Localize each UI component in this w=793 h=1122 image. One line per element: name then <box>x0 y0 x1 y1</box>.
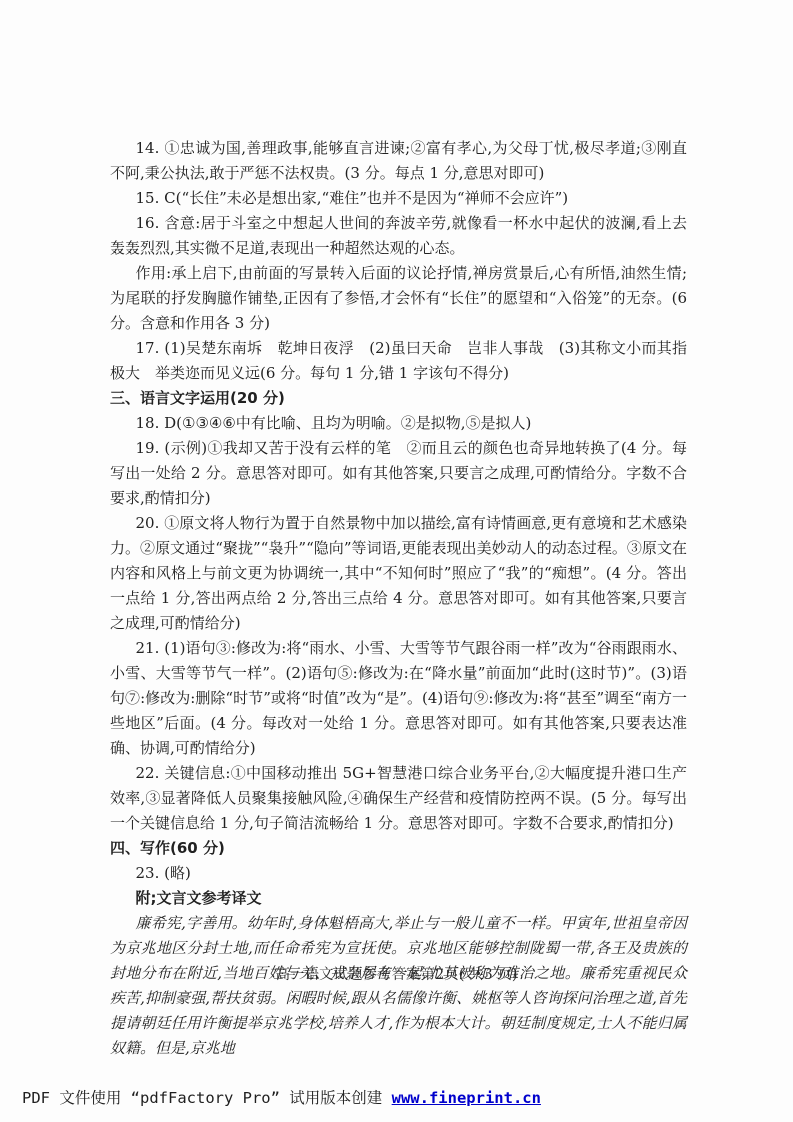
watermark-link[interactable]: www.fineprint.cn <box>392 1089 541 1107</box>
answer-23: 23. (略) <box>110 861 687 886</box>
section-heading-part-four: 四、写作(60 分) <box>110 836 687 861</box>
section-heading-part-three: 三、语言文字运用(20 分) <box>110 386 687 411</box>
answer-16-meaning: 16. 含意:居于斗室之中想起人世间的奔波辛劳,就像看一杯水中起伏的波澜,看上去… <box>110 211 687 261</box>
answer-22: 22. 关键信息:①中国移动推出 5G+智慧港口综合业务平台,②大幅度提升港口生… <box>110 761 687 836</box>
answer-17: 17. (1)吴楚东南坼 乾坤日夜浮 (2)虽曰天命 岂非人事哉 (3)其称文小… <box>110 336 687 386</box>
watermark-text: PDF 文件使用 “pdfFactory Pro” 试用版本创建 <box>22 1089 392 1107</box>
answer-16-function: 作用:承上启下,由前面的写景转入后面的议论抒情,禅房赏景后,心有所悟,油然生情;… <box>110 261 687 336</box>
page-footer: 高一语文试题参考答案第2页( 共3 页) <box>0 963 793 984</box>
exam-answer-key-page: 14. ①忠诚为国,善理政事,能够直言进谏;②富有孝心,为父母丁忧,极尽孝道;③… <box>0 0 793 1122</box>
answer-20: 20. ①原文将人物行为置于自然景物中加以描绘,富有诗情画意,更有意境和艺术感染… <box>110 511 687 636</box>
answer-body: 14. ①忠诚为国,善理政事,能够直言进谏;②富有孝心,为父母丁忧,极尽孝道;③… <box>110 136 687 1061</box>
appendix-translation: 廉希宪,字善用。幼年时,身体魁梧高大,举止与一般儿童不一样。甲寅年,世祖皇帝因为… <box>110 911 687 1061</box>
answer-15: 15. C(“长住”未必是想出家,“难住”也并不是因为“禅师不会应许”) <box>110 186 687 211</box>
pdf-watermark: PDF 文件使用 “pdfFactory Pro” 试用版本创建 www.fin… <box>22 1086 541 1108</box>
answer-19: 19. (示例)①我却又苦于没有云样的笔 ②而且云的颜色也奇异地转换了(4 分。… <box>110 436 687 511</box>
answer-14: 14. ①忠诚为国,善理政事,能够直言进谏;②富有孝心,为父母丁忧,极尽孝道;③… <box>110 136 687 186</box>
answer-21: 21. (1)语句③:修改为:将“雨水、小雪、大雪等节气跟谷雨一样”改为“谷雨跟… <box>110 636 687 761</box>
appendix-title: 附;文言文参考译文 <box>110 886 687 911</box>
answer-18: 18. D(①③④⑥中有比喻、且均为明喻。②是拟物,⑤是拟人) <box>110 411 687 436</box>
